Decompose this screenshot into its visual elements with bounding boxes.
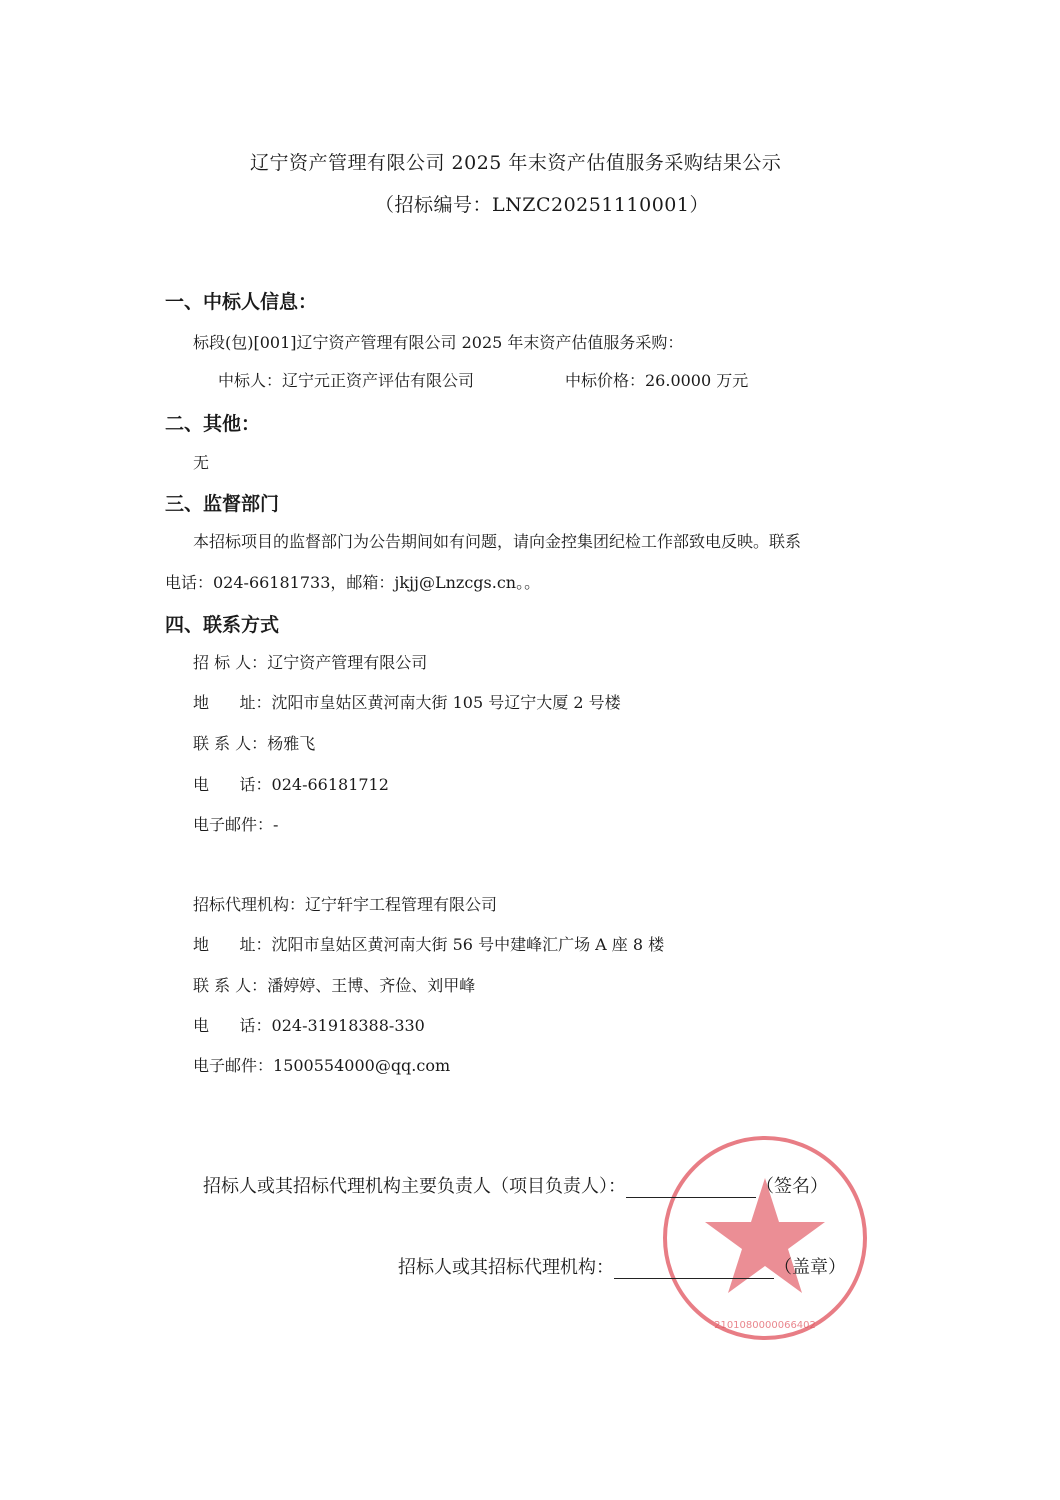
value: 024-66181712 bbox=[272, 775, 389, 794]
value: 沈阳市皇姑区黄河南大街 56 号中建峰汇广场 A 座 8 楼 bbox=[272, 935, 665, 954]
tender-number: （招标编号：LNZC20251110001） bbox=[375, 190, 709, 217]
tenderer-name: 招 标 人：辽宁资产管理有限公司 bbox=[193, 650, 427, 673]
label: 地 址： bbox=[193, 693, 272, 712]
other-content: 无 bbox=[193, 450, 209, 473]
label: 招 标 人： bbox=[193, 653, 267, 672]
company-seal-icon: 2101080000066402 bbox=[655, 1128, 875, 1348]
label: 电子邮件： bbox=[193, 815, 273, 834]
label: 电 话： bbox=[193, 775, 272, 794]
value: - bbox=[273, 815, 278, 834]
signature-line-1: 招标人或其招标代理机构主要负责人（项目负责人）：（签名） bbox=[203, 1172, 828, 1198]
seal-suffix: （盖章） bbox=[774, 1257, 846, 1278]
value: 1500554000@qq.com bbox=[273, 1056, 450, 1075]
label: 地 址： bbox=[193, 935, 272, 954]
tenderer-email: 电子邮件：- bbox=[193, 812, 278, 835]
value: 辽宁资产管理有限公司 bbox=[267, 653, 427, 672]
tenderer-phone: 电 话：024-66181712 bbox=[193, 772, 389, 795]
value: 潘婷婷、王博、齐俭、刘甲峰 bbox=[267, 976, 475, 995]
agency-address: 地 址：沈阳市皇姑区黄河南大街 56 号中建峰汇广场 A 座 8 楼 bbox=[193, 932, 664, 955]
value: 沈阳市皇姑区黄河南大街 105 号辽宁大厦 2 号楼 bbox=[272, 693, 621, 712]
signature-suffix: （签名） bbox=[756, 1176, 828, 1197]
label: 电子邮件： bbox=[193, 1056, 273, 1075]
agency-name: 招标代理机构：辽宁轩宇工程管理有限公司 bbox=[193, 892, 497, 915]
lot-description: 标段(包)[001]辽宁资产管理有限公司 2025 年末资产估值服务采购： bbox=[193, 330, 683, 353]
winning-price: 中标价格：26.0000 万元 bbox=[565, 368, 748, 391]
supervision-line-1: 本招标项目的监督部门为公告期间如有问题，请向金控集团纪检工作部致电反映。联系 bbox=[193, 529, 801, 552]
signature-blank[interactable] bbox=[626, 1179, 756, 1198]
signature-line-2: 招标人或其招标代理机构：（盖章） bbox=[398, 1253, 846, 1279]
value: 辽宁轩宇工程管理有限公司 bbox=[305, 895, 497, 914]
section-winner-heading: 一、中标人信息： bbox=[165, 287, 317, 314]
seal-label: 招标人或其招标代理机构： bbox=[398, 1257, 614, 1278]
value: 024-31918388-330 bbox=[272, 1016, 425, 1035]
winner-name: 中标人：辽宁元正资产评估有限公司 bbox=[218, 368, 474, 391]
signature-label: 招标人或其招标代理机构主要负责人（项目负责人）： bbox=[203, 1176, 626, 1197]
supervision-line-2: 电话：024-66181733，邮箱：jkjj@Lnzcgs.cn。。 bbox=[165, 570, 540, 593]
label: 招标代理机构： bbox=[193, 895, 305, 914]
section-supervision-heading: 三、监督部门 bbox=[165, 489, 279, 516]
label: 电 话： bbox=[193, 1016, 272, 1035]
page-title: 辽宁资产管理有限公司 2025 年末资产估值服务采购结果公示 bbox=[250, 148, 781, 175]
tenderer-address: 地 址：沈阳市皇姑区黄河南大街 105 号辽宁大厦 2 号楼 bbox=[193, 690, 621, 713]
agency-email: 电子邮件：1500554000@qq.com bbox=[193, 1053, 450, 1076]
label: 联 系 人： bbox=[193, 734, 267, 753]
value: 杨雅飞 bbox=[267, 734, 315, 753]
tenderer-contact-person: 联 系 人：杨雅飞 bbox=[193, 731, 315, 754]
section-contact-heading: 四、联系方式 bbox=[165, 610, 279, 637]
seal-blank[interactable] bbox=[614, 1260, 774, 1279]
label: 联 系 人： bbox=[193, 976, 267, 995]
stamp-number: 2101080000066402 bbox=[714, 1320, 816, 1331]
section-other-heading: 二、其他： bbox=[165, 409, 260, 436]
agency-phone: 电 话：024-31918388-330 bbox=[193, 1013, 425, 1036]
agency-contact-person: 联 系 人：潘婷婷、王博、齐俭、刘甲峰 bbox=[193, 973, 475, 996]
